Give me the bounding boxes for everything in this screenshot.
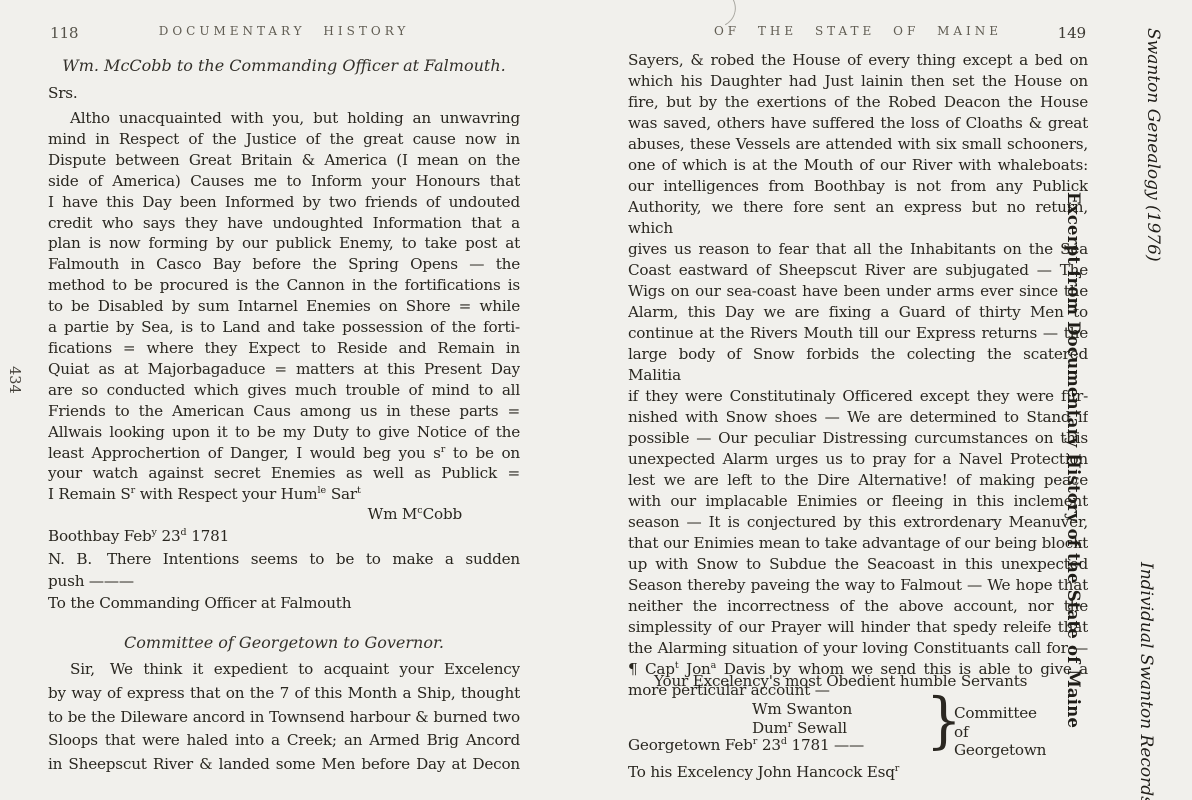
- text-line: a partie by Sea, is to Land and take pos…: [48, 317, 520, 338]
- text-line: Sloops that were haled into a Creek; an …: [48, 729, 520, 753]
- text-line: continue at the Rivers Mouth till our Ex…: [628, 323, 1088, 344]
- text-line: large body of Snow forbids the colecting…: [628, 344, 1088, 386]
- text-line: Friends to the American Caus among us in…: [48, 401, 520, 422]
- text-line: least Approchertion of Danger, I would b…: [48, 443, 520, 464]
- right-running-head: OF THE STATE OF MAINE: [628, 24, 1088, 38]
- text-line: fire, but by the exertions of the Robed …: [628, 92, 1088, 113]
- text-line: to be Disabled by sum Intarnel Enemies o…: [48, 296, 520, 317]
- text-line: Alarm, this Day we are fixing a Guard of…: [628, 302, 1088, 323]
- text-line: Falmouth in Casco Bay before the Spring …: [48, 254, 520, 275]
- text-line: gives us reason to fear that all the Inh…: [628, 239, 1088, 260]
- text-line: Allwais looking upon it to be my Duty to…: [48, 422, 520, 443]
- letter1-heading: Wm. McCobb to the Commanding Officer at …: [48, 56, 520, 75]
- text-line: Committee: [954, 704, 1070, 723]
- text-line: your watch against secret Enemies as wel…: [48, 463, 520, 484]
- right-page: OF THE STATE OF MAINE 149 Sayers, & robe…: [628, 24, 1088, 784]
- text-line: Quiat as at Majorbagaduce = matters at t…: [48, 359, 520, 380]
- text-line: season — It is conjectured by this extro…: [628, 512, 1088, 533]
- margin-note-swanton-genealogy: Swanton Genealogy (1976): [1143, 28, 1163, 262]
- left-page-number: 118: [50, 24, 78, 42]
- signature-brace: }: [926, 686, 956, 756]
- left-page-header: 118 DOCUMENTARY HISTORY: [48, 24, 520, 42]
- text-line: I Remain Sr with Respect your Humle Sart: [48, 484, 520, 505]
- margin-note-excerpt-title: Excerpt from Documentary History of the …: [1064, 192, 1083, 728]
- text-line: in Sheepscut River & landed some Men bef…: [48, 753, 520, 777]
- text-line: simplessity of our Prayer will hinder th…: [628, 617, 1088, 638]
- letter2-address-line: To his Excelency John Hancock Esqr: [628, 763, 899, 781]
- text-line: Wigs on our sea-coast have been under ar…: [628, 281, 1088, 302]
- letter1-dateline: Boothbay Feby 23d 1781: [48, 527, 520, 545]
- letter1-nota-bene: N. B. There Intentions seems to be to ma…: [48, 549, 520, 592]
- letter2-heading: Committee of Georgetown to Governor.: [48, 633, 520, 652]
- letter1-address-line: To the Commanding Officer at Falmouth: [48, 594, 520, 612]
- text-line: possible — Our peculiar Distressing curc…: [628, 428, 1088, 449]
- text-line: the Alarming situation of your loving Co…: [628, 638, 1088, 659]
- text-line: Authority, we there fore sent an express…: [628, 197, 1088, 239]
- committee-label: CommitteeofGeorgetown: [954, 704, 1070, 760]
- text-line: push ———: [48, 571, 520, 593]
- letter1-salutation: Srs.: [48, 84, 520, 102]
- text-line: Sir, We think it expedient to acquaint y…: [48, 658, 520, 682]
- scanned-book-spread: { "left_page": { "page_number": "118", "…: [0, 0, 1192, 800]
- letter1-body: Altho unacquainted with you, but holding…: [48, 108, 520, 505]
- text-line: credit who says they have undoughted Inf…: [48, 213, 520, 234]
- text-line: side of America) Causes me to Inform you…: [48, 171, 520, 192]
- text-line: method to be procured is the Cannon in t…: [48, 275, 520, 296]
- text-line: our intelligences from Boothbay is not f…: [628, 176, 1088, 197]
- text-line: I have this Day been Informed by two fri…: [48, 192, 520, 213]
- text-line: that our Enimies mean to take advantage …: [628, 533, 1088, 554]
- text-line: are so conducted which gives much troubl…: [48, 380, 520, 401]
- letter2-closing: Your Excelency's most Obedient humble Se…: [628, 672, 1027, 690]
- letter1-signature: Wm McCobb: [48, 505, 520, 523]
- text-line: to be the Dileware ancord in Townsend ha…: [48, 706, 520, 730]
- text-line: by way of express that on the 7 of this …: [48, 682, 520, 706]
- right-page-header: OF THE STATE OF MAINE 149: [628, 24, 1088, 42]
- letter2-signatures: Wm SwantonDumr Sewall: [752, 700, 864, 738]
- text-line: plan is now forming by our publick Enemy…: [48, 233, 520, 254]
- letter2-body-continued: Sayers, & robed the House of every thing…: [628, 50, 1088, 701]
- letter2-body: Sir, We think it expedient to acquaint y…: [48, 658, 520, 777]
- text-line: Season thereby paveing the way to Falmou…: [628, 575, 1088, 596]
- text-line: abuses, these Vessels are attended with …: [628, 134, 1088, 155]
- text-line: mind in Respect of the Justice of the gr…: [48, 129, 520, 150]
- text-line: lest we are left to the Dire Alternative…: [628, 470, 1088, 491]
- text-line: one of which is at the Mouth of our Rive…: [628, 155, 1088, 176]
- text-line: Altho unacquainted with you, but holding…: [48, 108, 520, 129]
- left-running-head: DOCUMENTARY HISTORY: [48, 24, 520, 38]
- text-line: Dispute between Great Britain & America …: [48, 150, 520, 171]
- text-line: up with Snow to Subdue the Seacoast in t…: [628, 554, 1088, 575]
- margin-number-434: 434: [6, 366, 22, 394]
- text-line: unexpected Alarm urges us to pray for a …: [628, 449, 1088, 470]
- right-page-number: 149: [1058, 24, 1086, 42]
- text-line: Wm Swanton: [752, 700, 864, 719]
- text-line: which his Daughter had Just lainin then …: [628, 71, 1088, 92]
- text-line: Georgetown: [954, 741, 1070, 760]
- text-line: with our implacable Enimies or fleeing i…: [628, 491, 1088, 512]
- text-line: Sayers, & robed the House of every thing…: [628, 50, 1088, 71]
- text-line: nished with Snow shoes — We are determin…: [628, 407, 1088, 428]
- text-line: neither the incorrectness of the above a…: [628, 596, 1088, 617]
- letter2-dateline: Georgetown Febr 23d 1781 ——: [628, 736, 864, 754]
- text-line: if they were Constitutinaly Officered ex…: [628, 386, 1088, 407]
- left-page: 118 DOCUMENTARY HISTORY Wm. McCobb to th…: [48, 24, 520, 784]
- text-line: was saved, others have suffered the loss…: [628, 113, 1088, 134]
- margin-note-individual-swanton-records: Individual Swanton Records: [1136, 562, 1156, 800]
- text-line: of: [954, 723, 1070, 742]
- text-line: fications = where they Expect to Reside …: [48, 338, 520, 359]
- text-line: Coast eastward of Sheepscut River are su…: [628, 260, 1088, 281]
- text-line: N. B. There Intentions seems to be to ma…: [48, 549, 520, 571]
